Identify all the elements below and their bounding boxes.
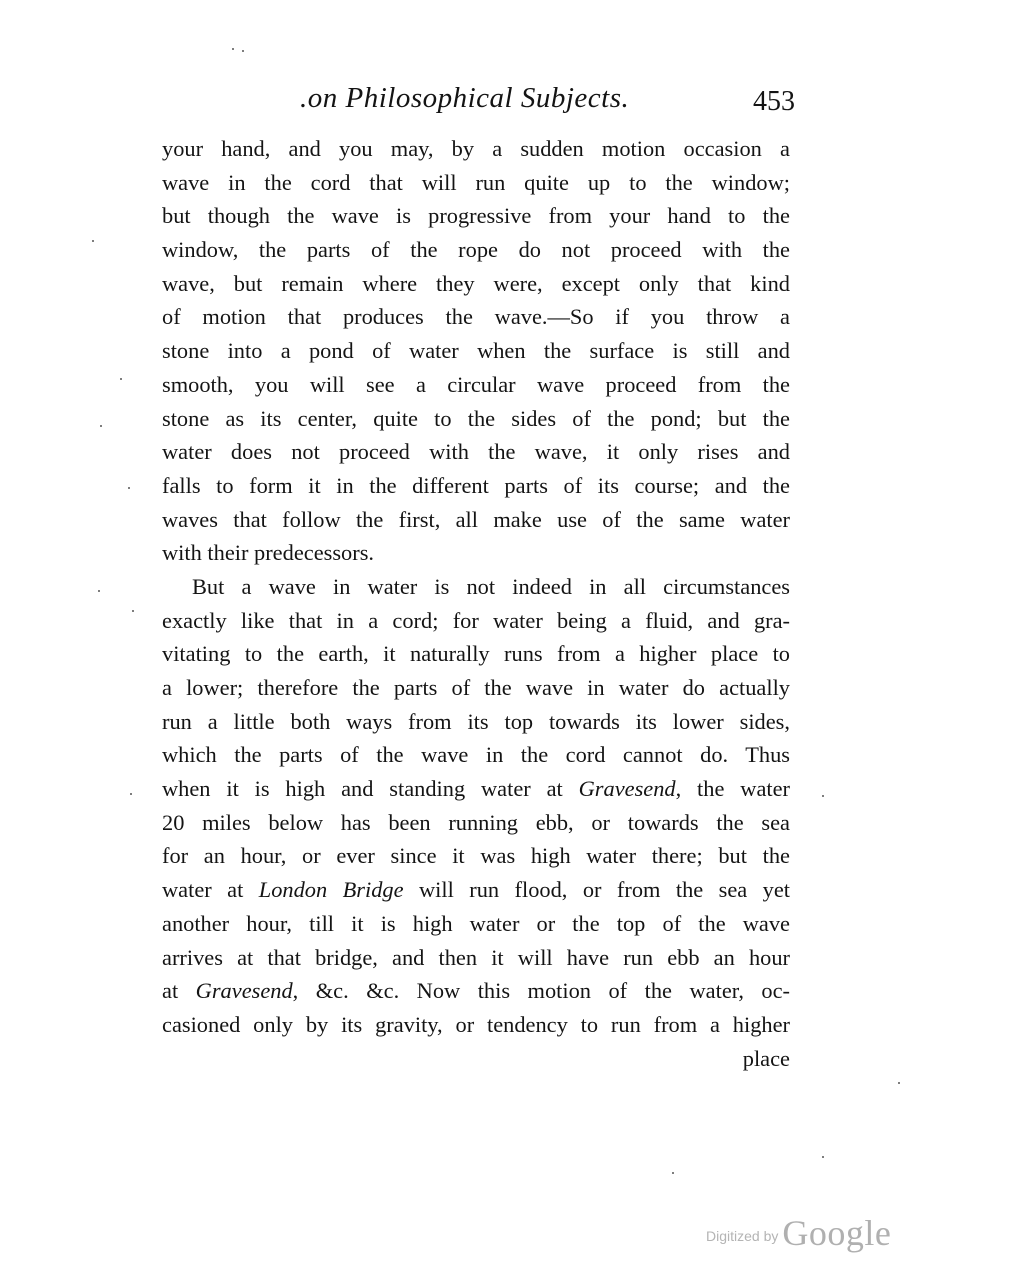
scan-speck: [232, 48, 234, 50]
text-line: waves that follow the first, all make us…: [162, 503, 790, 537]
text-line: wave in the cord that will run quite up …: [162, 166, 790, 200]
text-line: of motion that produces the wave.—So if …: [162, 300, 790, 334]
place-name: Gravesend: [579, 776, 676, 801]
scan-speck: [98, 590, 100, 592]
scan-speck: [822, 795, 824, 797]
text-line: stone into a pond of water when the surf…: [162, 334, 790, 368]
text-line: arrives at that bridge, and then it will…: [162, 941, 790, 975]
page-header: .on Philosophical Subjects. 453: [300, 82, 795, 122]
scan-speck: [92, 240, 94, 242]
text-line: water at London Bridge will run flood, o…: [162, 873, 790, 907]
text-line: run a little both ways from its top towa…: [162, 705, 790, 739]
scan-speck: [672, 1172, 674, 1174]
text-line: vitating to the earth, it naturally runs…: [162, 637, 790, 671]
text-line: but though the wave is progressive from …: [162, 199, 790, 233]
scan-speck: [898, 1082, 900, 1084]
scan-speck: [822, 1156, 824, 1158]
google-logo: Google: [782, 1213, 891, 1253]
text-line: a lower; therefore the parts of the wave…: [162, 671, 790, 705]
text-line: your hand, and you may, by a sudden moti…: [162, 132, 790, 166]
digitized-by-google-watermark: Digitized by Google: [706, 1212, 891, 1254]
scan-speck: [132, 610, 134, 612]
text-line: window, the parts of the rope do not pro…: [162, 233, 790, 267]
running-head: .on Philosophical Subjects.: [300, 82, 629, 115]
page-number: 453: [753, 86, 795, 118]
text-line: 20 miles below has been running ebb, or …: [162, 806, 790, 840]
text-line: smooth, you will see a circular wave pro…: [162, 368, 790, 402]
text-line: water does not proceed with the wave, it…: [162, 435, 790, 469]
scan-speck: [130, 793, 132, 795]
scan-speck: [120, 378, 122, 380]
text-line: stone as its center, quite to the sides …: [162, 402, 790, 436]
scan-speck: [242, 50, 244, 52]
text-line: for an hour, or ever since it was high w…: [162, 839, 790, 873]
text-line: when it is high and standing water at Gr…: [162, 772, 790, 806]
scan-speck: [100, 425, 102, 427]
body-text: your hand, and you may, by a sudden moti…: [162, 132, 790, 1075]
text-line: wave, but remain where they were, except…: [162, 267, 790, 301]
text-line: at Gravesend, &c. &c. Now this motion of…: [162, 974, 790, 1008]
text-line: which the parts of the wave in the cord …: [162, 738, 790, 772]
place-name: Gravesend: [196, 978, 293, 1003]
place-name: London Bridge: [259, 877, 404, 902]
text-line: casioned only by its gravity, or tendenc…: [162, 1008, 790, 1042]
scan-speck: [128, 487, 130, 489]
digitized-label: Digitized by: [706, 1228, 778, 1244]
paragraph-start-line: But a wave in water is not indeed in all…: [162, 570, 790, 604]
paragraph-end-line: with their predecessors.: [162, 536, 790, 570]
text-line: another hour, till it is high water or t…: [162, 907, 790, 941]
catchword: place: [162, 1042, 790, 1076]
text-line: exactly like that in a cord; for water b…: [162, 604, 790, 638]
text-line: falls to form it in the different parts …: [162, 469, 790, 503]
